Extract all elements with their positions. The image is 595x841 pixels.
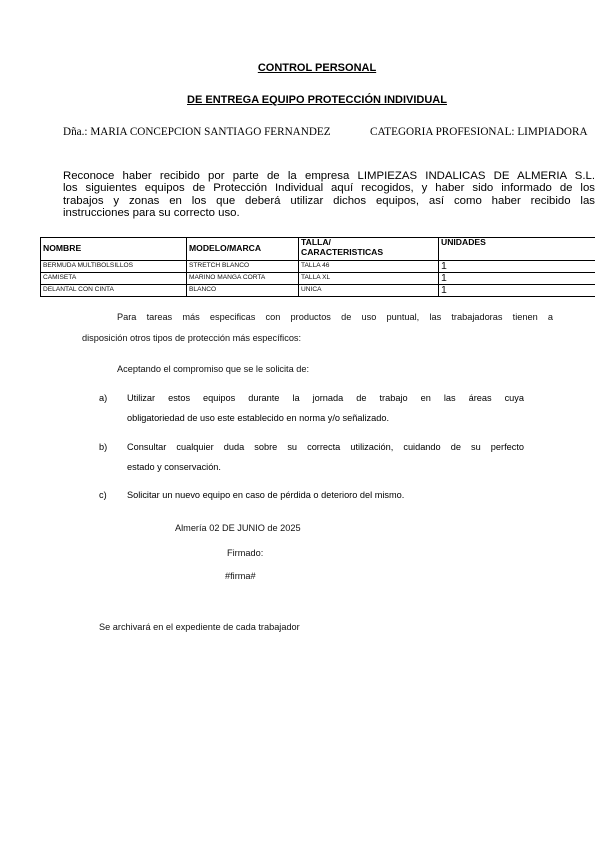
- item-c-line1: Solicitar un nuevo equipo en caso de pér…: [127, 490, 404, 500]
- item-marker-c: c): [99, 490, 107, 500]
- signature-placeholder: #firma#: [225, 571, 256, 581]
- table-header-row: NOMBRE MODELO/MARCA TALLA/ CARACTERISTIC…: [41, 238, 595, 261]
- header-talla-line2: CARACTERISTICAS: [301, 247, 383, 257]
- intro-line: instrucciones para su correcto uso.: [63, 207, 595, 219]
- intro-paragraph: Reconoce haber recibido por parte de la …: [63, 170, 595, 220]
- cell-unidades: 1: [439, 285, 595, 297]
- table-row: BERMUDA MULTIBOLSILLOS STRETCH BLANCO TA…: [41, 261, 595, 273]
- ppe-table: NOMBRE MODELO/MARCA TALLA/ CARACTERISTIC…: [40, 237, 595, 297]
- document-title: CONTROL PERSONAL: [0, 62, 595, 74]
- signed-label: Firmado:: [227, 548, 263, 558]
- header-nombre: NOMBRE: [41, 238, 187, 261]
- cell-talla: TALLA XL: [299, 273, 439, 285]
- cell-nombre: CAMISETA: [41, 273, 187, 285]
- acceptance-intro: Aceptando el compromiso que se le solici…: [117, 364, 309, 374]
- header-unidades: UNIDADES: [439, 238, 595, 261]
- place-date: Almería 02 DE JUNIO de 2025: [175, 523, 301, 533]
- item-b-line1: Consultar cualquier duda sobre su correc…: [127, 442, 524, 452]
- cell-nombre: DELANTAL CON CINTA: [41, 285, 187, 297]
- cell-talla: TALLA 46: [299, 261, 439, 273]
- cell-modelo: BLANCO: [187, 285, 299, 297]
- paragraph-line-2: disposición otros tipos de protección má…: [82, 333, 301, 343]
- cell-talla: UNICA: [299, 285, 439, 297]
- cell-nombre: BERMUDA MULTIBOLSILLOS: [41, 261, 187, 273]
- item-marker-a: a): [99, 393, 107, 403]
- footer-note: Se archivará en el expediente de cada tr…: [99, 622, 300, 632]
- paragraph-line-1: Para tareas más especificas con producto…: [117, 312, 553, 322]
- recipient-name: Dña.: MARIA CONCEPCION SANTIAGO FERNANDE…: [63, 126, 331, 138]
- header-modelo: MODELO/MARCA: [187, 238, 299, 261]
- intro-line: los siguientes equipos de Protección Ind…: [63, 182, 595, 194]
- document-subtitle: DE ENTREGA EQUIPO PROTECCIÓN INDIVIDUAL: [0, 94, 595, 106]
- cell-modelo: MARINO MANGA CORTA: [187, 273, 299, 285]
- cell-unidades: 1: [439, 273, 595, 285]
- item-a-line2: obligatoriedad de uso este establecido e…: [127, 413, 389, 423]
- intro-line: Reconoce haber recibido por parte de la …: [63, 170, 595, 182]
- cell-unidades: 1: [439, 261, 595, 273]
- table-row: DELANTAL CON CINTA BLANCO UNICA 1: [41, 285, 595, 297]
- intro-line: trabajos y zonas en los que deberá utili…: [63, 195, 595, 207]
- item-a-line1: Utilizar estos equipos durante la jornad…: [127, 393, 524, 403]
- item-marker-b: b): [99, 442, 107, 452]
- cell-modelo: STRETCH BLANCO: [187, 261, 299, 273]
- table-row: CAMISETA MARINO MANGA CORTA TALLA XL 1: [41, 273, 595, 285]
- item-b-line2: estado y conservación.: [127, 462, 221, 472]
- header-talla: TALLA/ CARACTERISTICAS: [299, 238, 439, 261]
- professional-category: CATEGORIA PROFESIONAL: LIMPIADORA: [370, 126, 588, 138]
